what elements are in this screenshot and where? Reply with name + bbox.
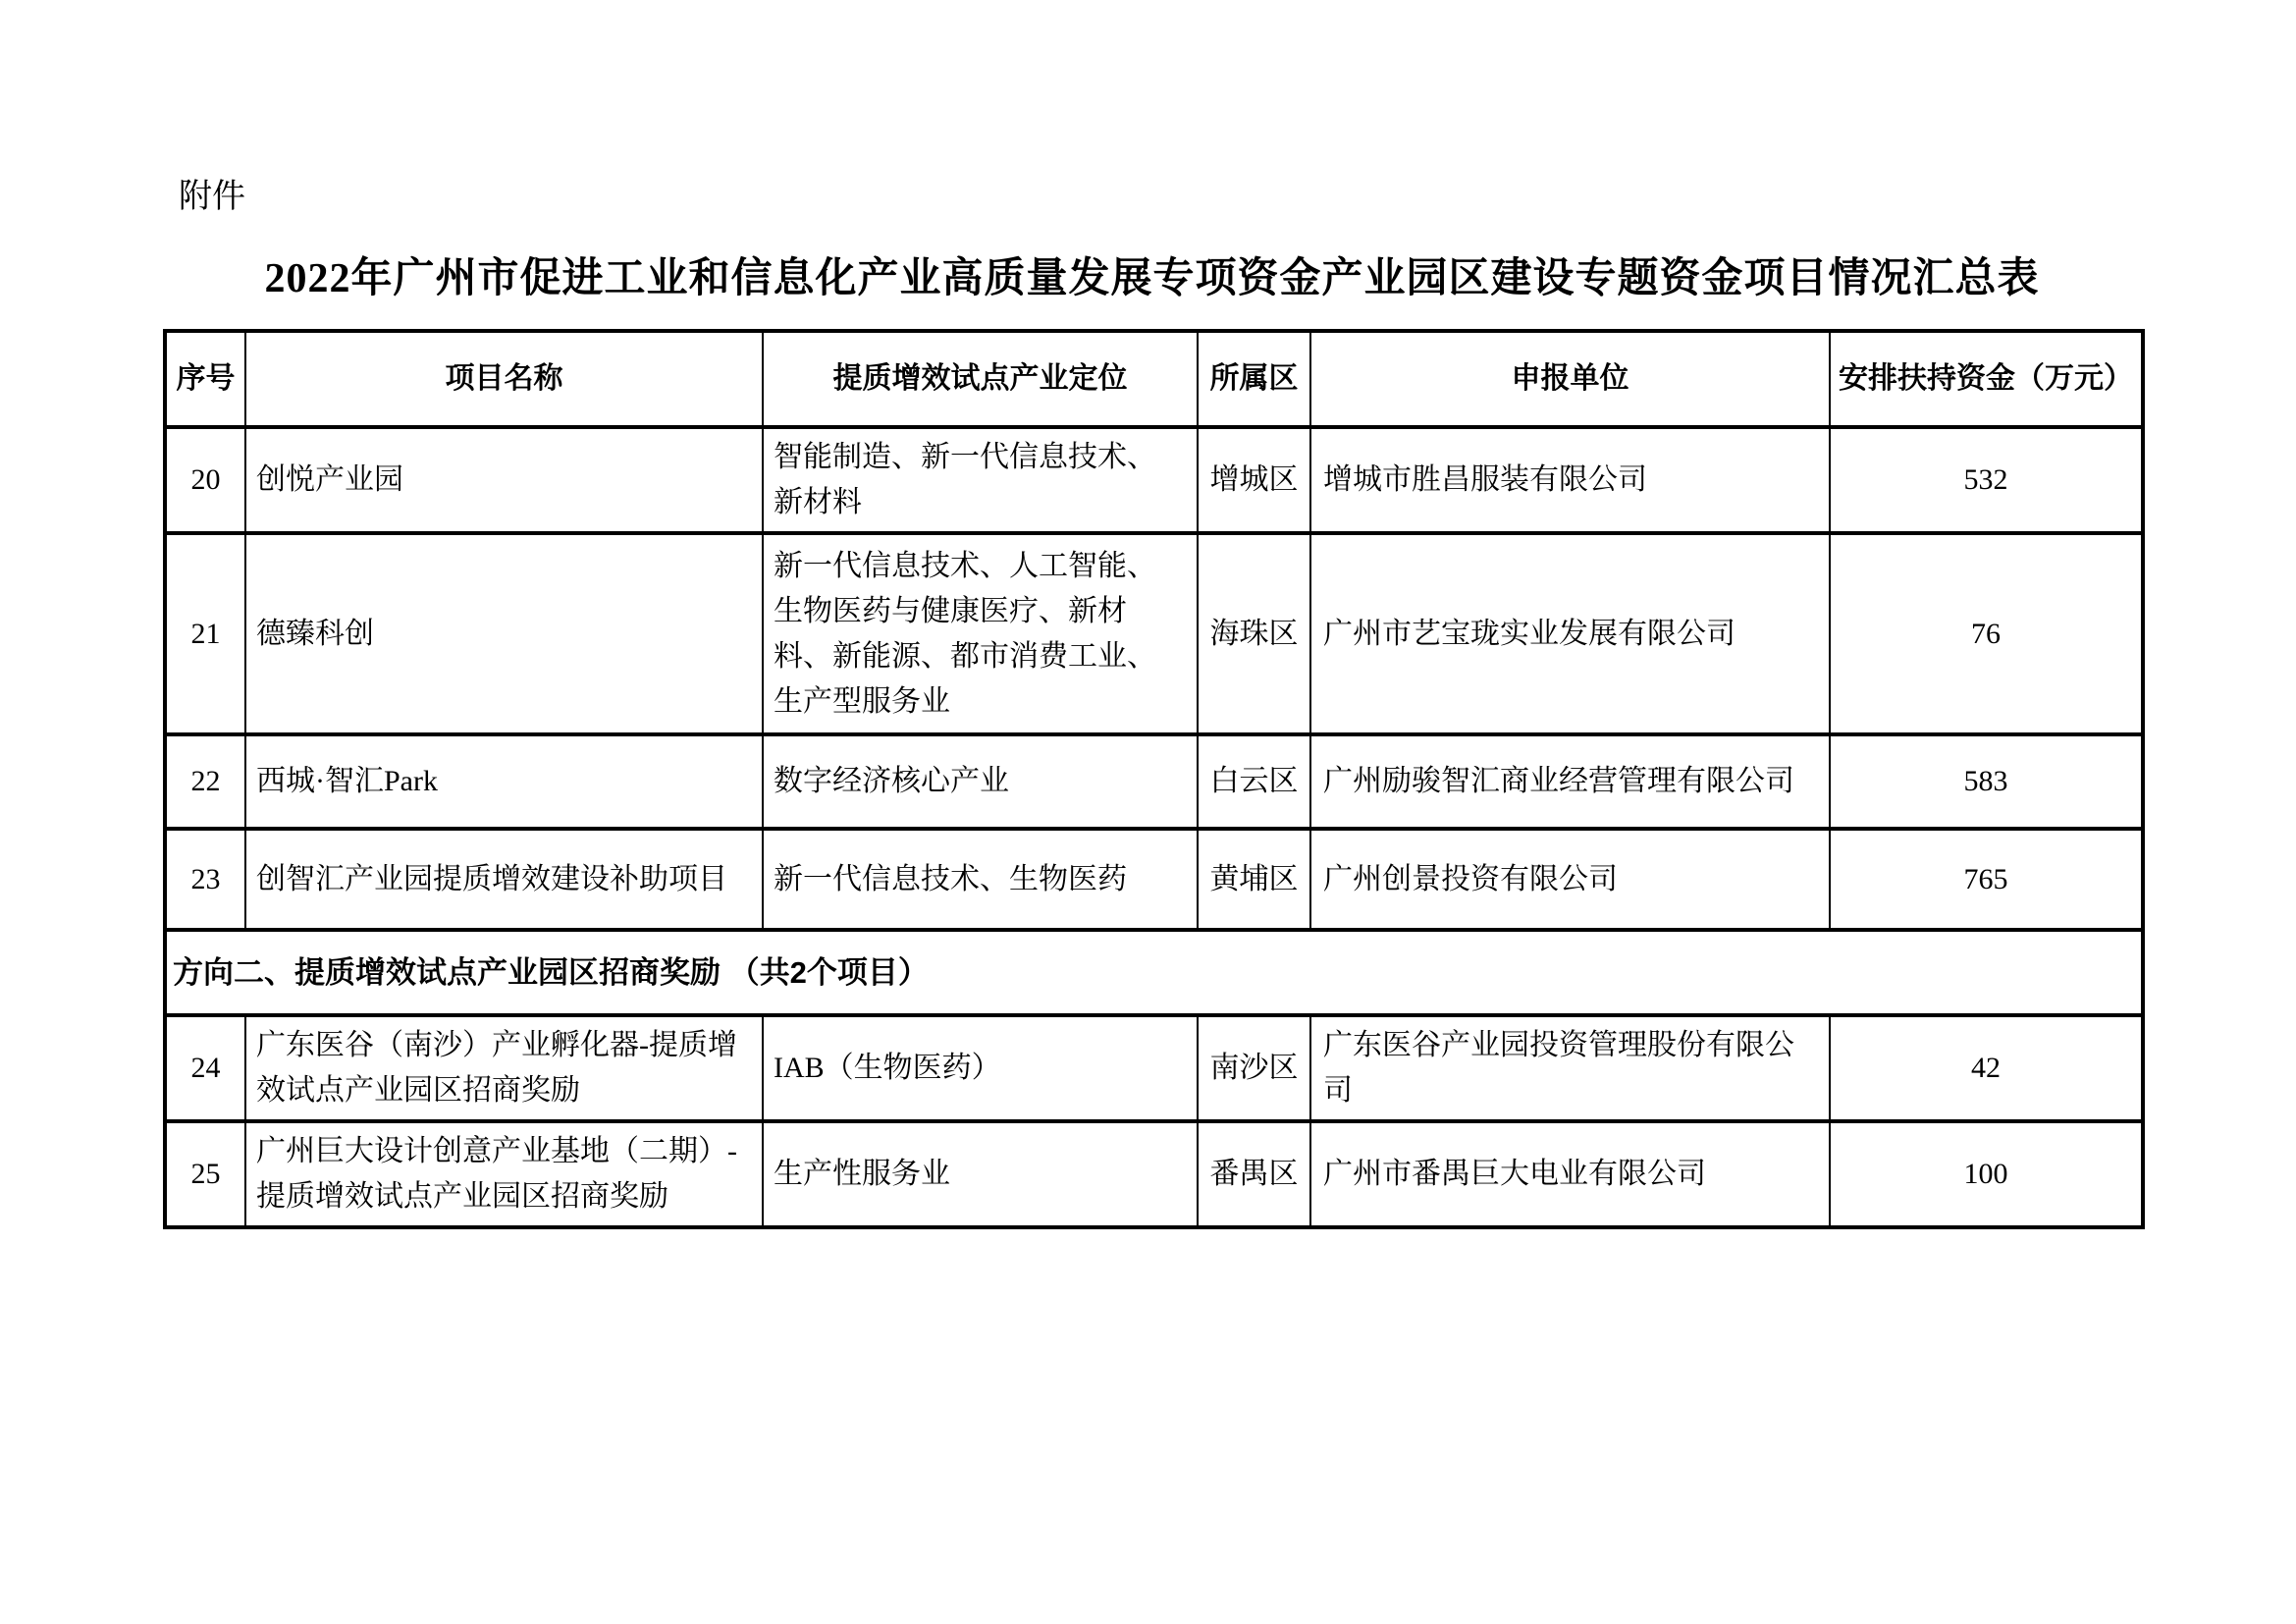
cell-project-name: 西城·智汇Park [245, 734, 763, 829]
cell-funding: 532 [1830, 427, 2143, 533]
cell-industry-positioning: 新一代信息技术、生物医药 [763, 829, 1198, 930]
cell-industry-positioning: 生产性服务业 [763, 1121, 1198, 1227]
cell-applicant: 广州市艺宝珑实业发展有限公司 [1310, 533, 1830, 734]
table-row: 25广州巨大设计创意产业基地（二期）-提质增效试点产业园区招商奖励生产性服务业番… [165, 1121, 2143, 1227]
cell-funding: 765 [1830, 829, 2143, 930]
cell-industry-positioning: IAB（生物医药） [763, 1015, 1198, 1121]
cell-project-name: 创智汇产业园提质增效建设补助项目 [245, 829, 763, 930]
cell-district: 南沙区 [1198, 1015, 1310, 1121]
cell-applicant: 广州市番禺巨大电业有限公司 [1310, 1121, 1830, 1227]
table-row: 23创智汇产业园提质增效建设补助项目新一代信息技术、生物医药黄埔区广州创景投资有… [165, 829, 2143, 930]
cell-funding: 100 [1830, 1121, 2143, 1227]
cell-project-name: 创悦产业园 [245, 427, 763, 533]
cell-project-name: 德臻科创 [245, 533, 763, 734]
cell-industry-positioning: 新一代信息技术、人工智能、生物医药与健康医疗、新材料、新能源、都市消费工业、生产… [763, 533, 1198, 734]
cell-applicant: 广州创景投资有限公司 [1310, 829, 1830, 930]
cell-applicant: 广东医谷产业园投资管理股份有限公司 [1310, 1015, 1830, 1121]
cell-industry-positioning: 数字经济核心产业 [763, 734, 1198, 829]
cell-district: 增城区 [1198, 427, 1310, 533]
table-row: 24广东医谷（南沙）产业孵化器-提质增效试点产业园区招商奖励IAB（生物医药）南… [165, 1015, 2143, 1121]
cell-project-name: 广东医谷（南沙）产业孵化器-提质增效试点产业园区招商奖励 [245, 1015, 763, 1121]
column-header-project-name: 项目名称 [245, 331, 763, 427]
table-row: 21德臻科创新一代信息技术、人工智能、生物医药与健康医疗、新材料、新能源、都市消… [165, 533, 2143, 734]
cell-district: 番禺区 [1198, 1121, 1310, 1227]
cell-district: 黄埔区 [1198, 829, 1310, 930]
cell-applicant: 增城市胜昌服装有限公司 [1310, 427, 1830, 533]
cell-no: 20 [165, 427, 245, 533]
table-header-row: 序号 项目名称 提质增效试点产业定位 所属区 申报单位 安排扶持资金（万元） [165, 331, 2143, 427]
cell-applicant: 广州励骏智汇商业经营管理有限公司 [1310, 734, 1830, 829]
section-row: 方向二、提质增效试点产业园区招商奖励 （共2个项目） [165, 930, 2143, 1015]
cell-no: 23 [165, 829, 245, 930]
cell-funding: 583 [1830, 734, 2143, 829]
table-row: 22西城·智汇Park数字经济核心产业白云区广州励骏智汇商业经营管理有限公司58… [165, 734, 2143, 829]
column-header-positioning: 提质增效试点产业定位 [763, 331, 1198, 427]
cell-funding: 42 [1830, 1015, 2143, 1121]
cell-funding: 76 [1830, 533, 2143, 734]
column-header-district: 所属区 [1198, 331, 1310, 427]
section-label: 方向二、提质增效试点产业园区招商奖励 （共2个项目） [165, 930, 2143, 1015]
cell-industry-positioning: 智能制造、新一代信息技术、新材料 [763, 427, 1198, 533]
document-page: 附件 2022年广州市促进工业和信息化产业高质量发展专项资金产业园区建设专题资金… [0, 0, 2296, 1624]
cell-district: 海珠区 [1198, 533, 1310, 734]
column-header-no: 序号 [165, 331, 245, 427]
attachment-label: 附件 [179, 169, 245, 217]
cell-district: 白云区 [1198, 734, 1310, 829]
column-header-applicant: 申报单位 [1310, 331, 1830, 427]
cell-no: 25 [165, 1121, 245, 1227]
column-header-funding: 安排扶持资金（万元） [1830, 331, 2143, 427]
summary-table: 序号 项目名称 提质增效试点产业定位 所属区 申报单位 安排扶持资金（万元） 2… [163, 329, 2145, 1229]
cell-no: 24 [165, 1015, 245, 1121]
cell-no: 21 [165, 533, 245, 734]
cell-project-name: 广州巨大设计创意产业基地（二期）-提质增效试点产业园区招商奖励 [245, 1121, 763, 1227]
page-title: 2022年广州市促进工业和信息化产业高质量发展专项资金产业园区建设专题资金项目情… [163, 245, 2141, 304]
cell-no: 22 [165, 734, 245, 829]
table-row: 20创悦产业园智能制造、新一代信息技术、新材料增城区增城市胜昌服装有限公司532 [165, 427, 2143, 533]
